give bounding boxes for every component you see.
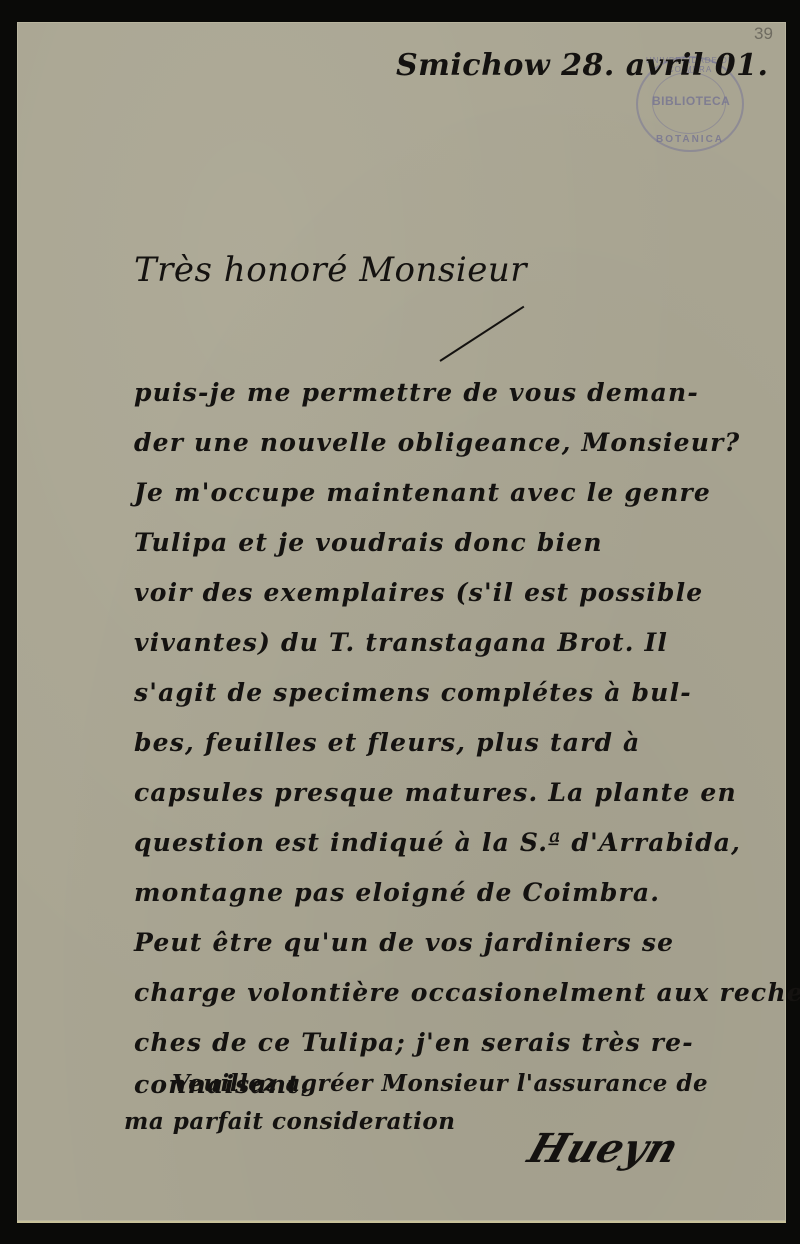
body-line: bes, feuilles et fleurs, plus tard à	[134, 728, 640, 757]
body-line: puis-je me permettre de vous deman-	[134, 378, 699, 407]
body-line: ches de ce Tulipa; j'en serais très re-	[134, 1028, 694, 1057]
body-line: charge volontière occasionelment aux rec…	[134, 978, 800, 1007]
body-line: voir des exemplaires (s'il est possible	[134, 578, 703, 607]
salutation: Très honoré Monsieur	[134, 250, 527, 290]
body-line: vivantes) du T. transtagana Brot. Il	[134, 628, 668, 657]
signature: Hueyn	[522, 1125, 684, 1172]
stamp-center-text: BIBLIOTECA	[652, 94, 728, 108]
place-date: Smichow 28. avril 01.	[396, 48, 768, 83]
body-line: Tulipa et je voudrais donc bien	[134, 528, 603, 557]
stamp-bottom-text: BOTANICA	[648, 134, 732, 145]
body-line: Peut être qu'un de vos jardiniers se	[134, 928, 674, 957]
closing-line: Veuillez agréer Monsieur l'assurance de	[172, 1070, 708, 1097]
page-number: 39	[754, 24, 773, 44]
body-line: Je m'occupe maintenant avec le genre	[134, 478, 711, 507]
body-line: question est indiqué à la S.ª d'Arrabida…	[134, 828, 741, 857]
closing-line: ma parfait consideration	[124, 1108, 455, 1135]
body-line: s'agit de specimens complétes à bul-	[134, 678, 692, 707]
body-line: capsules presque matures. La plante en	[134, 778, 737, 807]
body-line: der une nouvelle obligeance, Monsieur?	[134, 428, 740, 457]
body-line: montagne pas eloigné de Coimbra.	[134, 878, 660, 907]
